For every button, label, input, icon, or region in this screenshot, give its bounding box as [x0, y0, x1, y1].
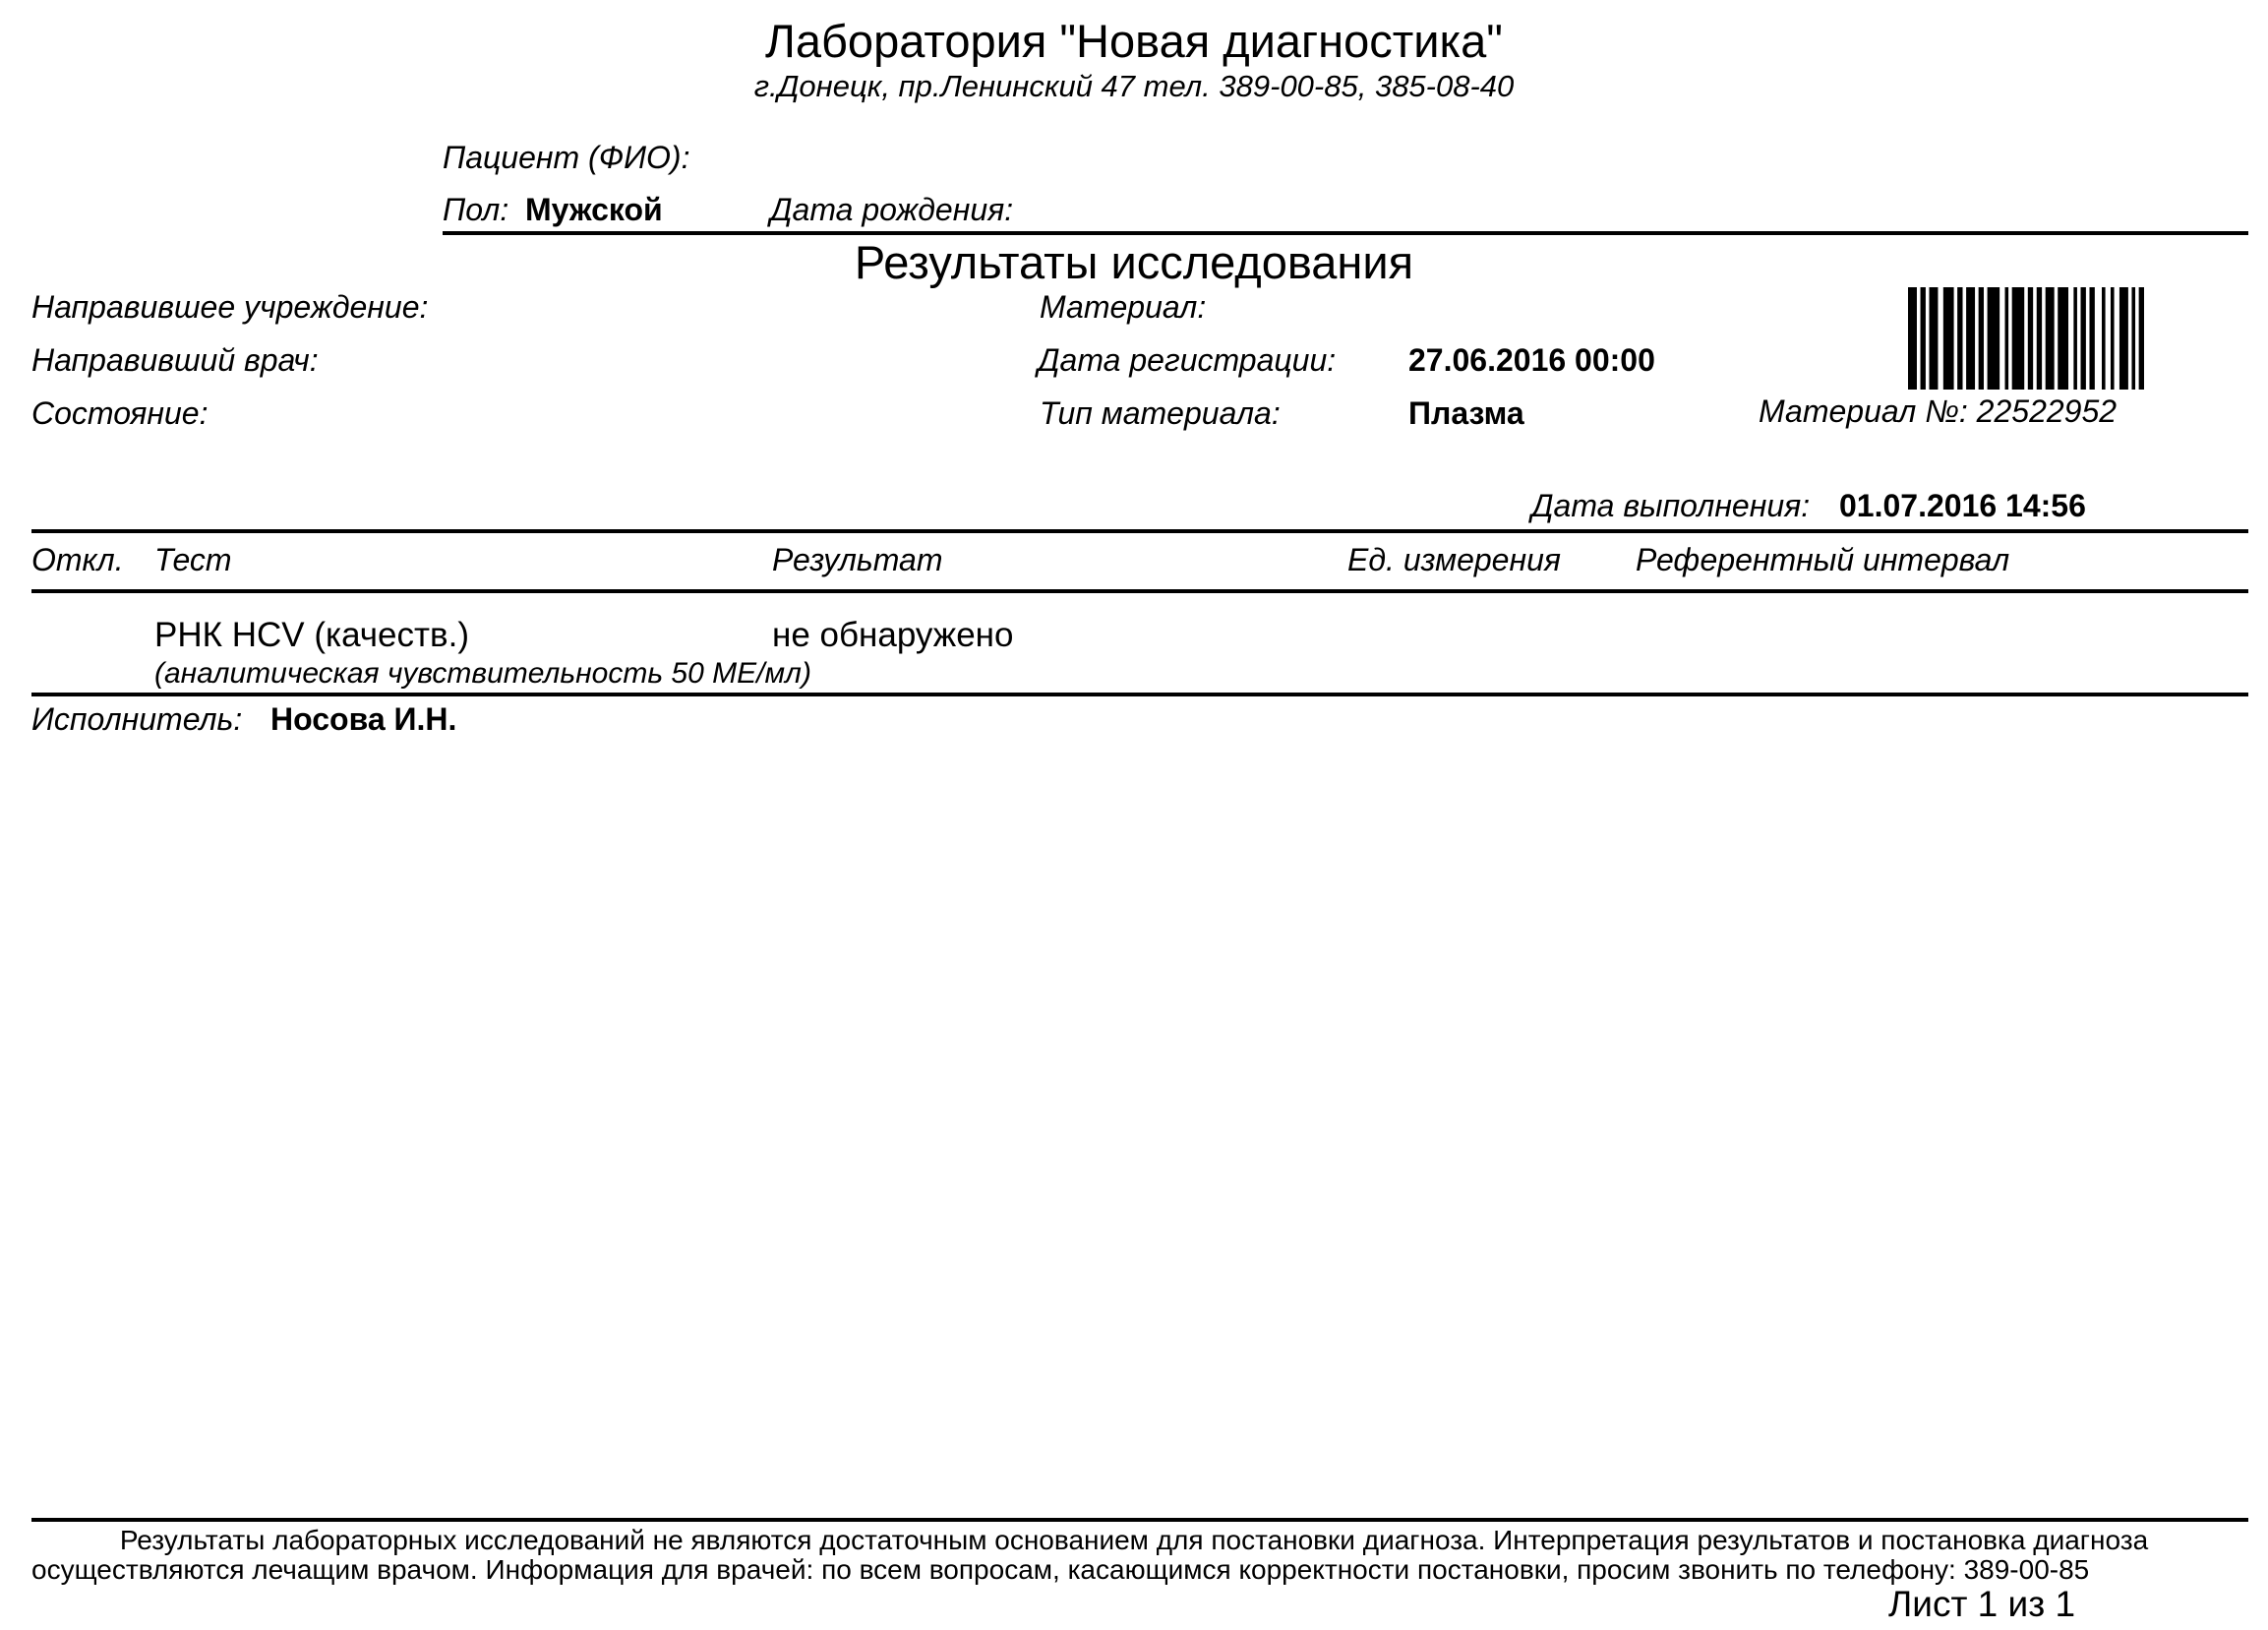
patient-sex-value: Мужской: [525, 194, 663, 225]
column-header-test: Тест: [154, 544, 232, 575]
table-bottom-divider: [31, 693, 2248, 696]
lab-name: Лаборатория "Новая диагностика": [0, 18, 2268, 64]
completion-date-value: 01.07.2016 14:56: [1839, 490, 2086, 521]
material-label: Материал:: [1040, 291, 1206, 323]
column-header-unit: Ед. измерения: [1347, 544, 1561, 575]
referring-doctor-label: Направивший врач:: [31, 344, 319, 376]
row-result: не обнаружено: [772, 618, 1013, 652]
performer-value: Носова И.Н.: [270, 703, 456, 735]
row-test-name: РНК HCV (качеств.): [154, 618, 469, 652]
row-test-note: (аналитическая чувствительность 50 МЕ/мл…: [154, 659, 811, 689]
footer-disclaimer-line2: осуществляются лечащим врачом. Информаци…: [31, 1556, 2089, 1584]
column-header-result: Результат: [772, 544, 943, 575]
table-header-divider: [31, 589, 2248, 593]
barcode-icon: [1908, 287, 2144, 390]
patient-name-label: Пациент (ФИО):: [443, 142, 689, 173]
page-counter: Лист 1 из 1: [1888, 1586, 2075, 1622]
condition-label: Состояние:: [31, 397, 208, 429]
footer-divider: [31, 1518, 2248, 1522]
patient-sex-label: Пол:: [443, 194, 508, 225]
registration-date-label: Дата регистрации:: [1038, 344, 1336, 376]
table-top-divider: [31, 529, 2248, 533]
section-title: Результаты исследования: [0, 239, 2268, 285]
column-header-reference: Референтный интервал: [1636, 544, 2009, 575]
completion-date-label: Дата выполнения:: [1531, 490, 1810, 521]
birth-date-label: Дата рождения:: [770, 194, 1013, 225]
referring-institution-label: Направившее учреждение:: [31, 291, 428, 323]
material-number-value: 22522952: [1977, 393, 2117, 429]
footer-disclaimer-line1: Результаты лабораторных исследований не …: [0, 1527, 2268, 1554]
patient-divider: [443, 231, 2248, 235]
material-type-value: Плазма: [1408, 397, 1524, 429]
column-header-deviation: Откл.: [31, 544, 124, 575]
material-number: Материал №: 22522952: [1759, 395, 2117, 427]
material-type-label: Тип материала:: [1040, 397, 1281, 429]
lab-address: г.Донецк, пр.Ленинский 47 тел. 389-00-85…: [0, 71, 2268, 101]
registration-date-value: 27.06.2016 00:00: [1408, 344, 1655, 376]
material-number-label: Материал №:: [1759, 393, 1968, 429]
performer-label: Исполнитель:: [31, 703, 242, 735]
